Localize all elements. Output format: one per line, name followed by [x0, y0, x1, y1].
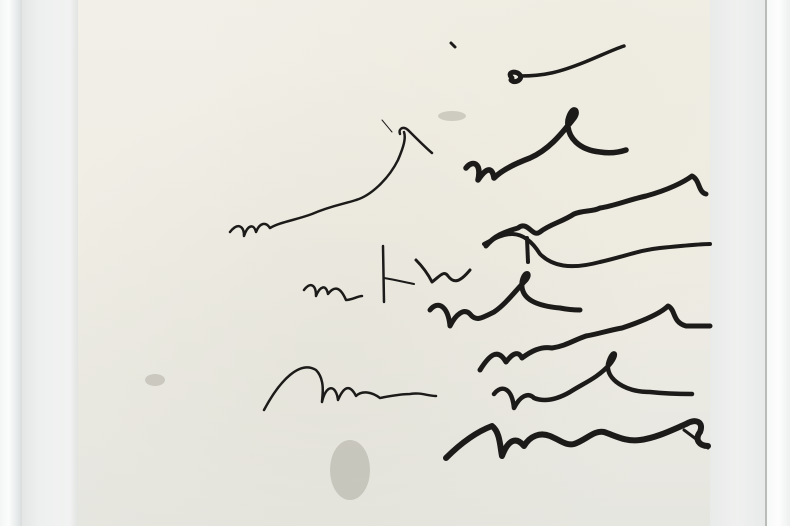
word-line-overlap: [484, 234, 710, 266]
dot-mark: [451, 43, 455, 47]
smudge: [438, 111, 466, 121]
word-nel-1: nel: [466, 110, 626, 180]
word-nel-3: una nel: [494, 353, 692, 408]
smudge: [330, 440, 370, 500]
word-mare-4: mare: [446, 421, 708, 458]
word-mare-2: mare: [486, 176, 706, 262]
word-mare-3: mare: [480, 306, 710, 370]
charcoal-script: a mare nel mare un tri nel nel mare: [0, 0, 790, 526]
word-mare-1: mare: [230, 120, 432, 236]
smudge: [145, 374, 165, 386]
word-a: a: [510, 46, 624, 82]
word-un-tri: un tri nel: [304, 246, 470, 302]
word-una: una nel: [264, 367, 436, 410]
